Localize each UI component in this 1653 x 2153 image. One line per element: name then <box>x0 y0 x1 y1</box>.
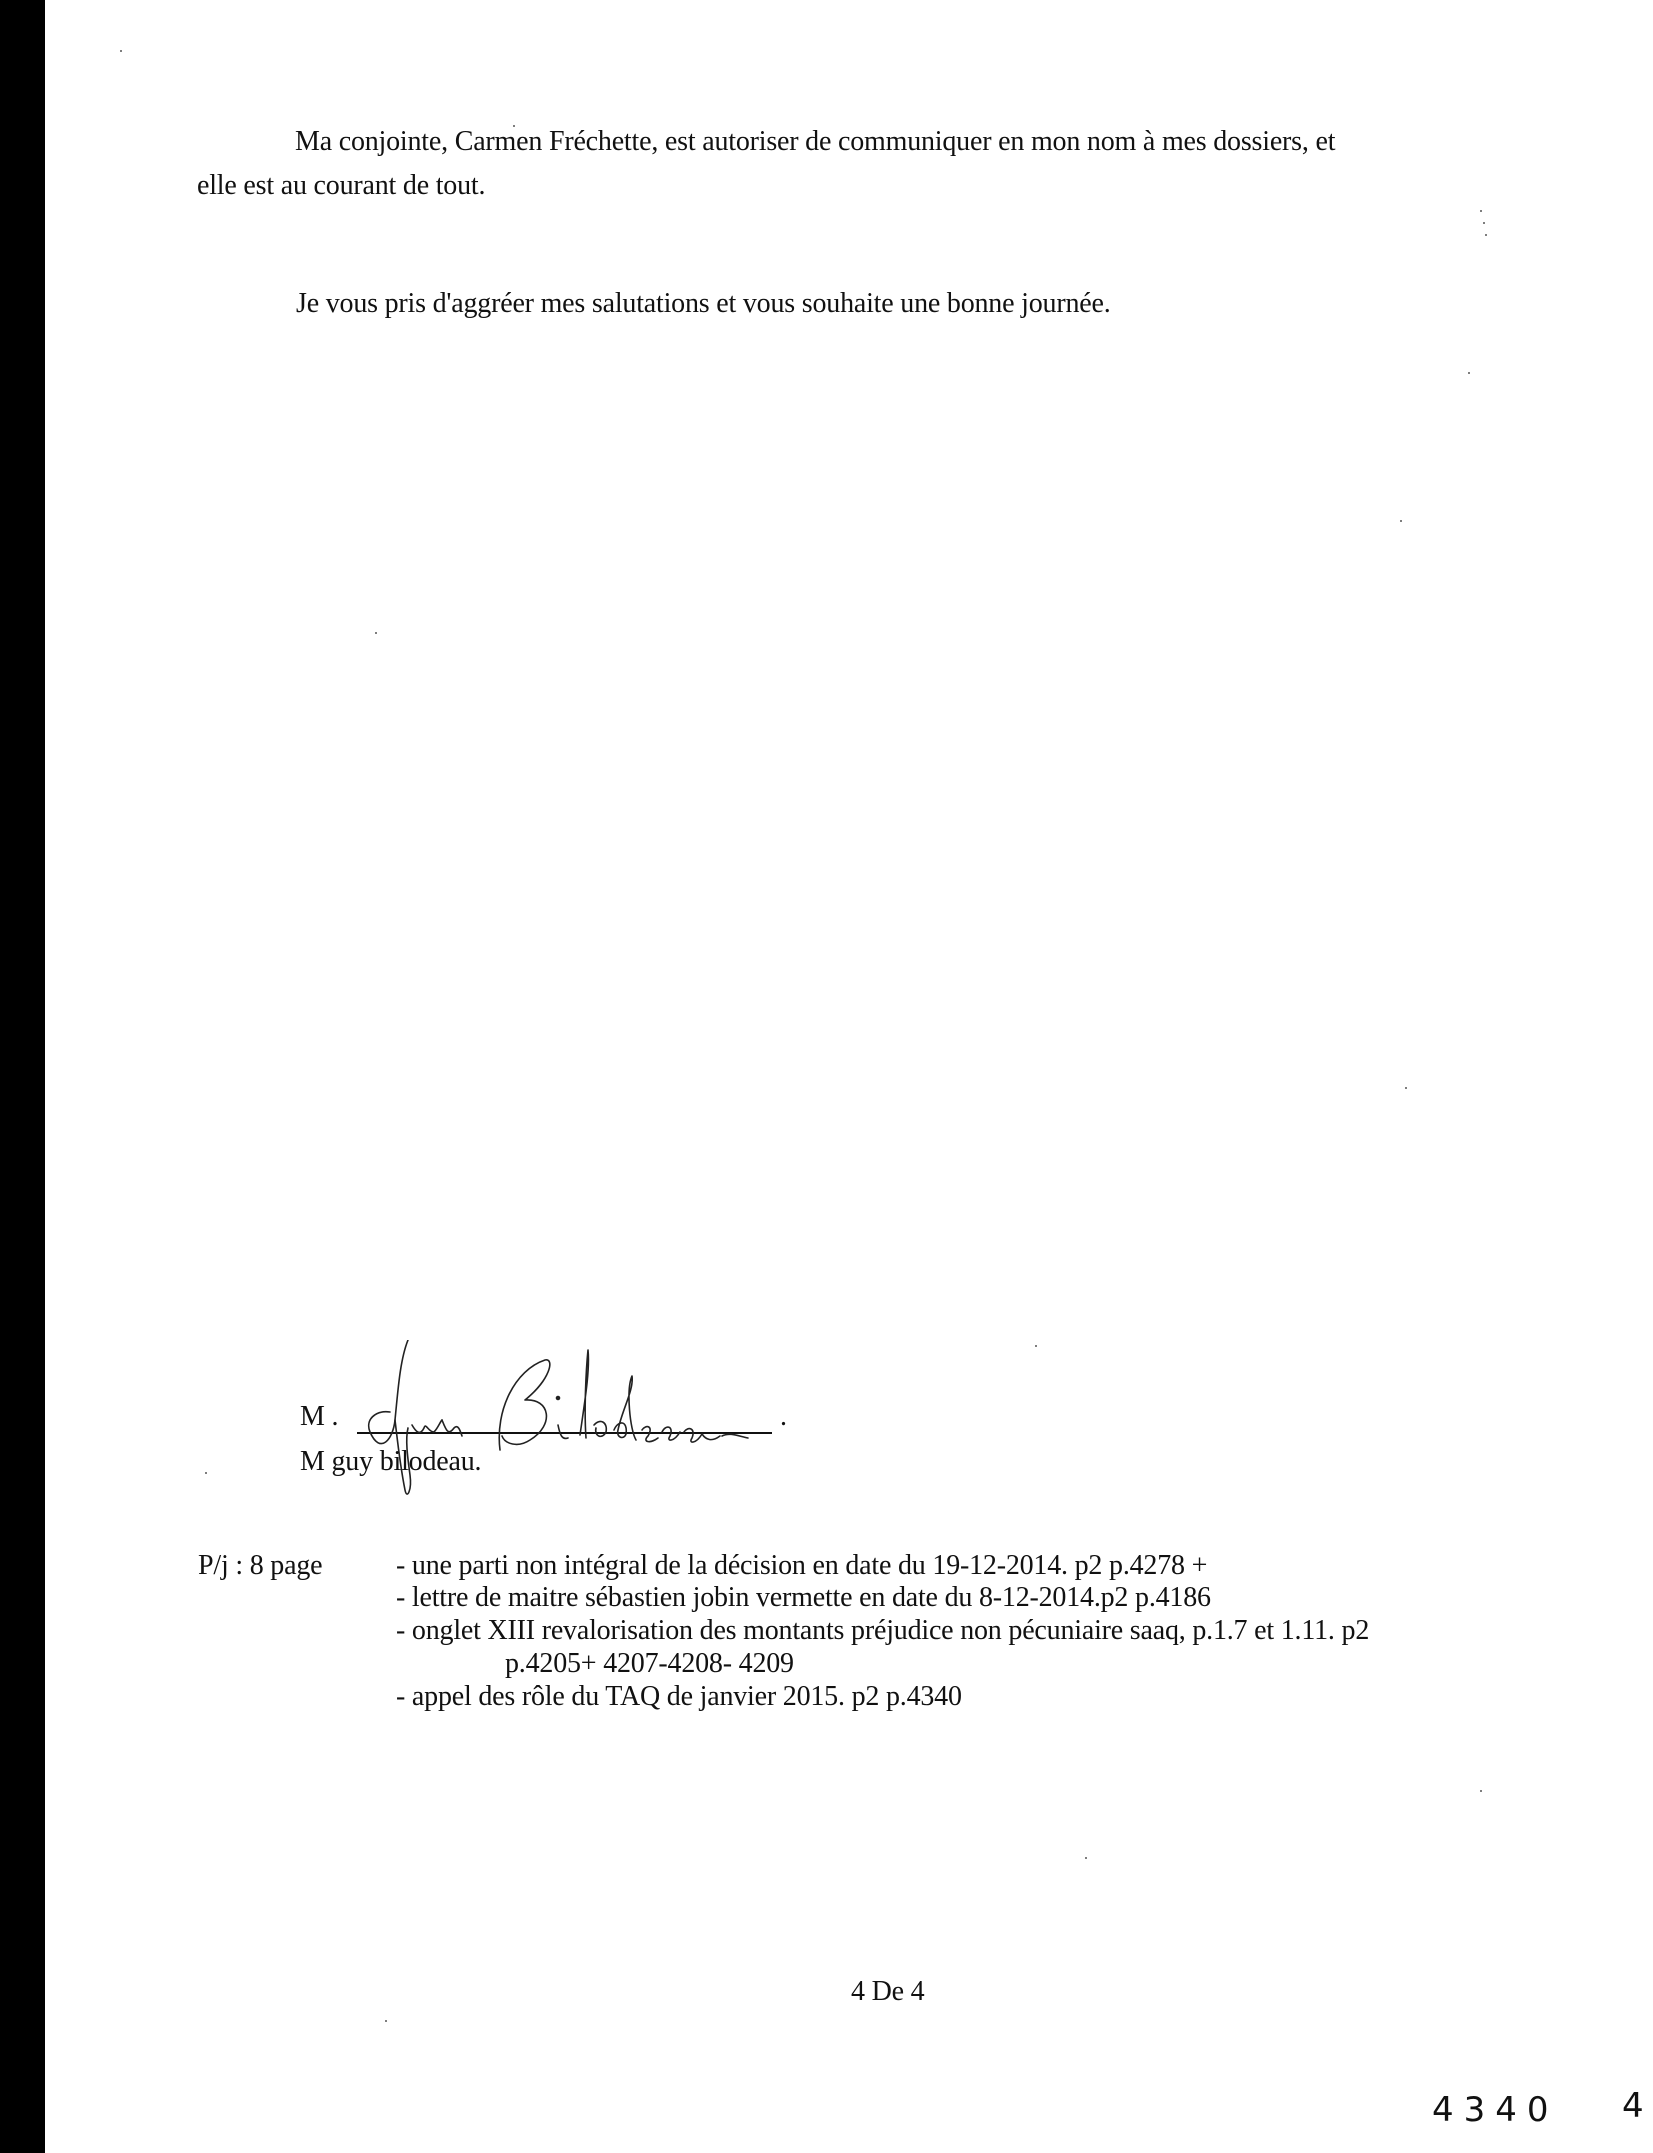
scan-speck <box>1400 520 1402 522</box>
paragraph-2-line-1: Je vous pris d'aggréer mes salutations e… <box>296 290 1111 318</box>
scan-speck <box>1085 1857 1087 1859</box>
attachment-item-3: - onglet XIII revalorisation des montant… <box>396 1617 1369 1645</box>
scan-speck <box>1480 1790 1482 1792</box>
handwritten-signature <box>350 1340 790 1510</box>
scan-speck <box>385 2020 387 2022</box>
attachments-label: P/j : 8 page <box>198 1552 322 1580</box>
attachment-item-4: - appel des rôle du TAQ de janvier 2015.… <box>396 1683 962 1711</box>
scan-speck <box>1468 372 1470 374</box>
scan-black-edge <box>0 0 45 2153</box>
scan-speck <box>120 50 122 52</box>
page-number: 4 De 4 <box>851 1978 924 2006</box>
stamp-number: 4340 <box>1432 2090 1559 2130</box>
signer-name: M guy bilodeau. <box>300 1448 481 1476</box>
signature-prefix: M . <box>300 1403 338 1431</box>
scan-speck <box>1035 1345 1037 1347</box>
scan-speck <box>1483 222 1485 224</box>
paragraph-1-line-2: elle est au courant de tout. <box>197 172 485 200</box>
scan-speck <box>1485 234 1487 236</box>
scan-speck <box>513 125 515 127</box>
scan-speck <box>1480 210 1482 212</box>
paragraph-1-line-1: Ma conjointe, Carmen Fréchette, est auto… <box>295 128 1335 156</box>
attachment-item-3-continuation: p.4205+ 4207-4208- 4209 <box>505 1650 794 1678</box>
scan-speck <box>205 1472 207 1474</box>
attachment-item-2: - lettre de maitre sébastien jobin verme… <box>396 1584 1211 1612</box>
scan-speck <box>375 632 377 634</box>
stamp-suffix: 4 <box>1622 2086 1653 2126</box>
scan-speck <box>1405 1087 1407 1089</box>
attachment-item-1: - une parti non intégral de la décision … <box>396 1552 1207 1580</box>
